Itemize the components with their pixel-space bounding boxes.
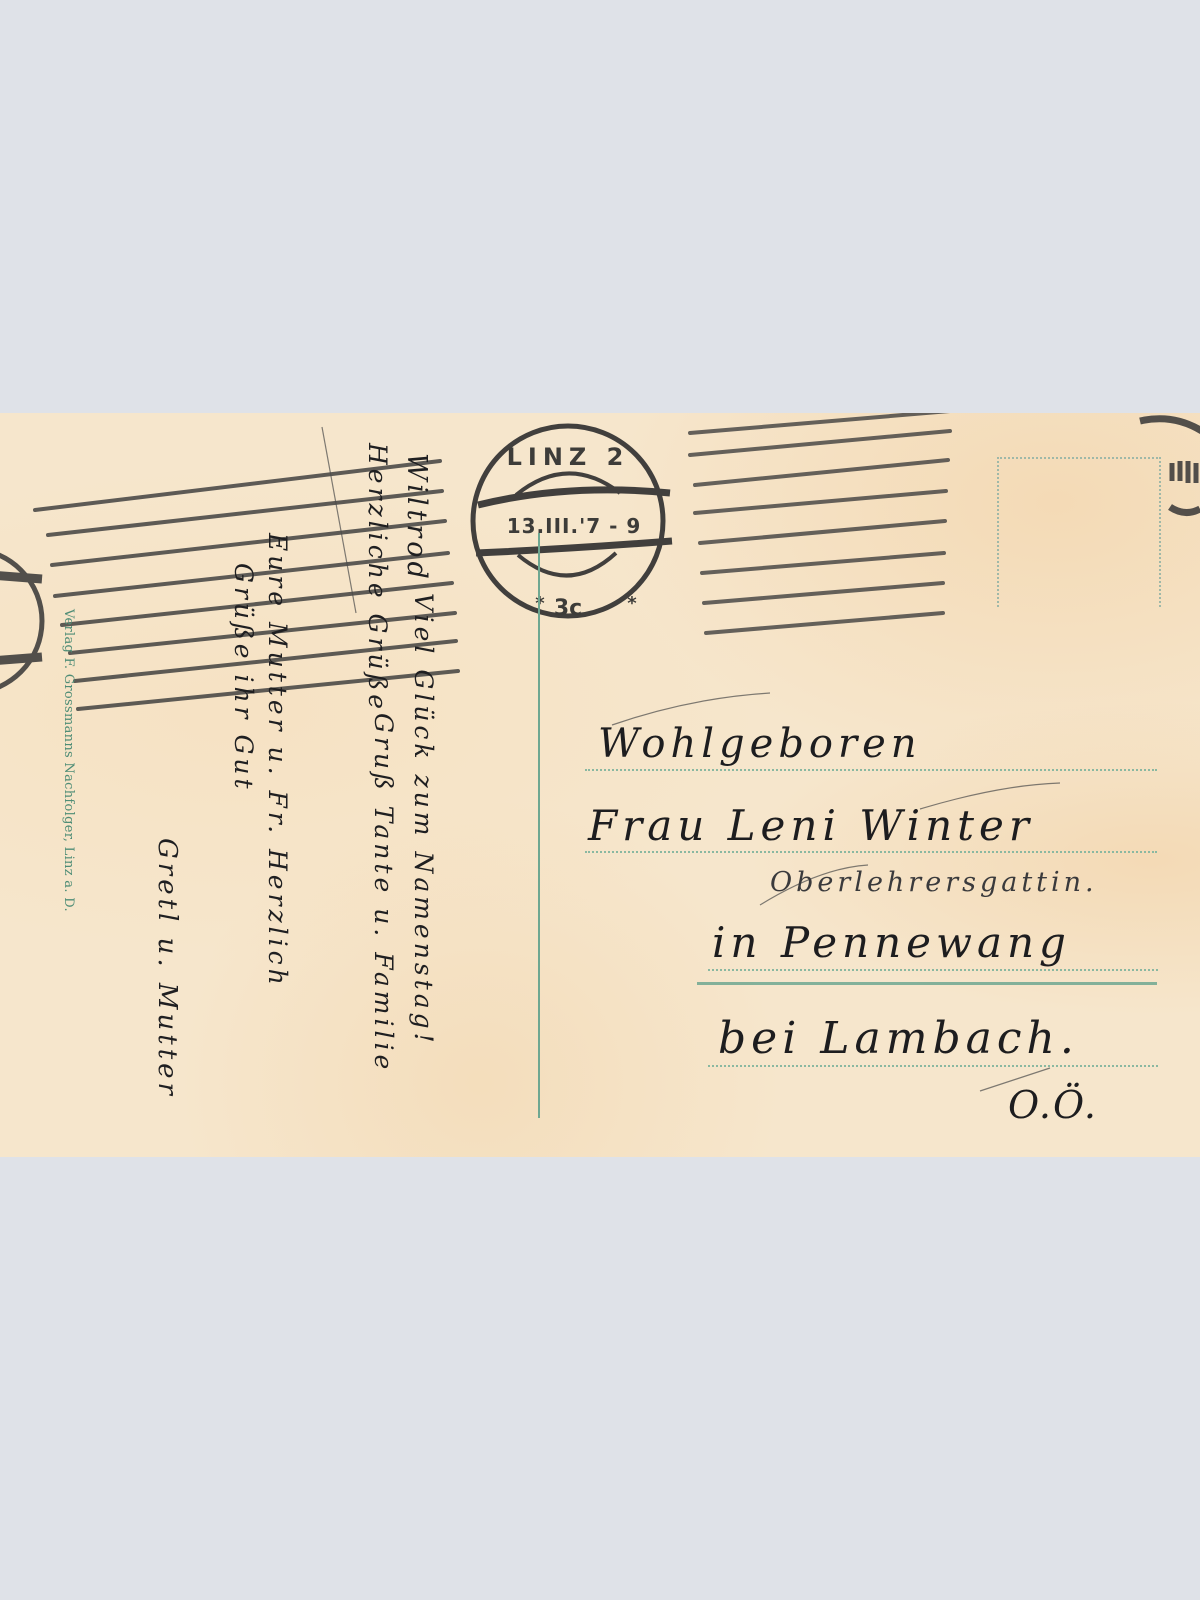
address-salutation: Wohlgeboren: [598, 721, 922, 767]
postcard: LINZ 2 13.III.'7 - 9 3c * * Verlag F. Gr…: [0, 413, 1200, 1157]
address-ruling-1: [585, 769, 1157, 771]
right-cancellation-lines: [690, 413, 950, 633]
stamp-placeholder-box: [997, 457, 1161, 607]
address-town: in Pennewang: [712, 918, 1071, 967]
address-recipient: Frau Leni Winter: [588, 801, 1034, 850]
address-ruling-3: [708, 969, 1158, 971]
message-column-2: Viel Glück zum Namenstag!: [409, 593, 438, 1047]
message-column-1: Wiltrod: [401, 453, 432, 583]
message-column-6: Grüße ihr Gut: [229, 563, 258, 793]
postmark-code: 3c: [554, 596, 582, 621]
publisher-imprint: Verlag F. Grossmanns Nachfolger, Linz a.…: [61, 609, 76, 912]
postmark-star-right: *: [627, 593, 637, 614]
message-column-4: Gruß Tante u. Familie: [369, 713, 398, 1073]
postmark-star-left: *: [535, 593, 545, 614]
address-ruling-2: [585, 851, 1157, 853]
message-signature: Gretl u. Mutter: [152, 838, 182, 1099]
address-near: bei Lambach.: [718, 1013, 1079, 1064]
center-divider-line: [538, 533, 540, 1118]
postmark-town: LINZ 2: [507, 443, 630, 471]
message-column-5: Eure Mutter u. Fr. Herzlich: [263, 533, 292, 989]
left-edge-postmark: [0, 549, 42, 693]
address-title: Oberlehrersgattin.: [770, 867, 1098, 898]
address-ruling-solid: [697, 982, 1157, 985]
message-column-3: Herzliche Grüße: [363, 443, 392, 713]
main-postmark: LINZ 2 13.III.'7 - 9 3c * *: [473, 426, 672, 621]
postmark-date: 13.III.'7 - 9: [507, 514, 642, 538]
address-region: O.Ö.: [1008, 1083, 1098, 1127]
address-ruling-4: [708, 1065, 1158, 1067]
